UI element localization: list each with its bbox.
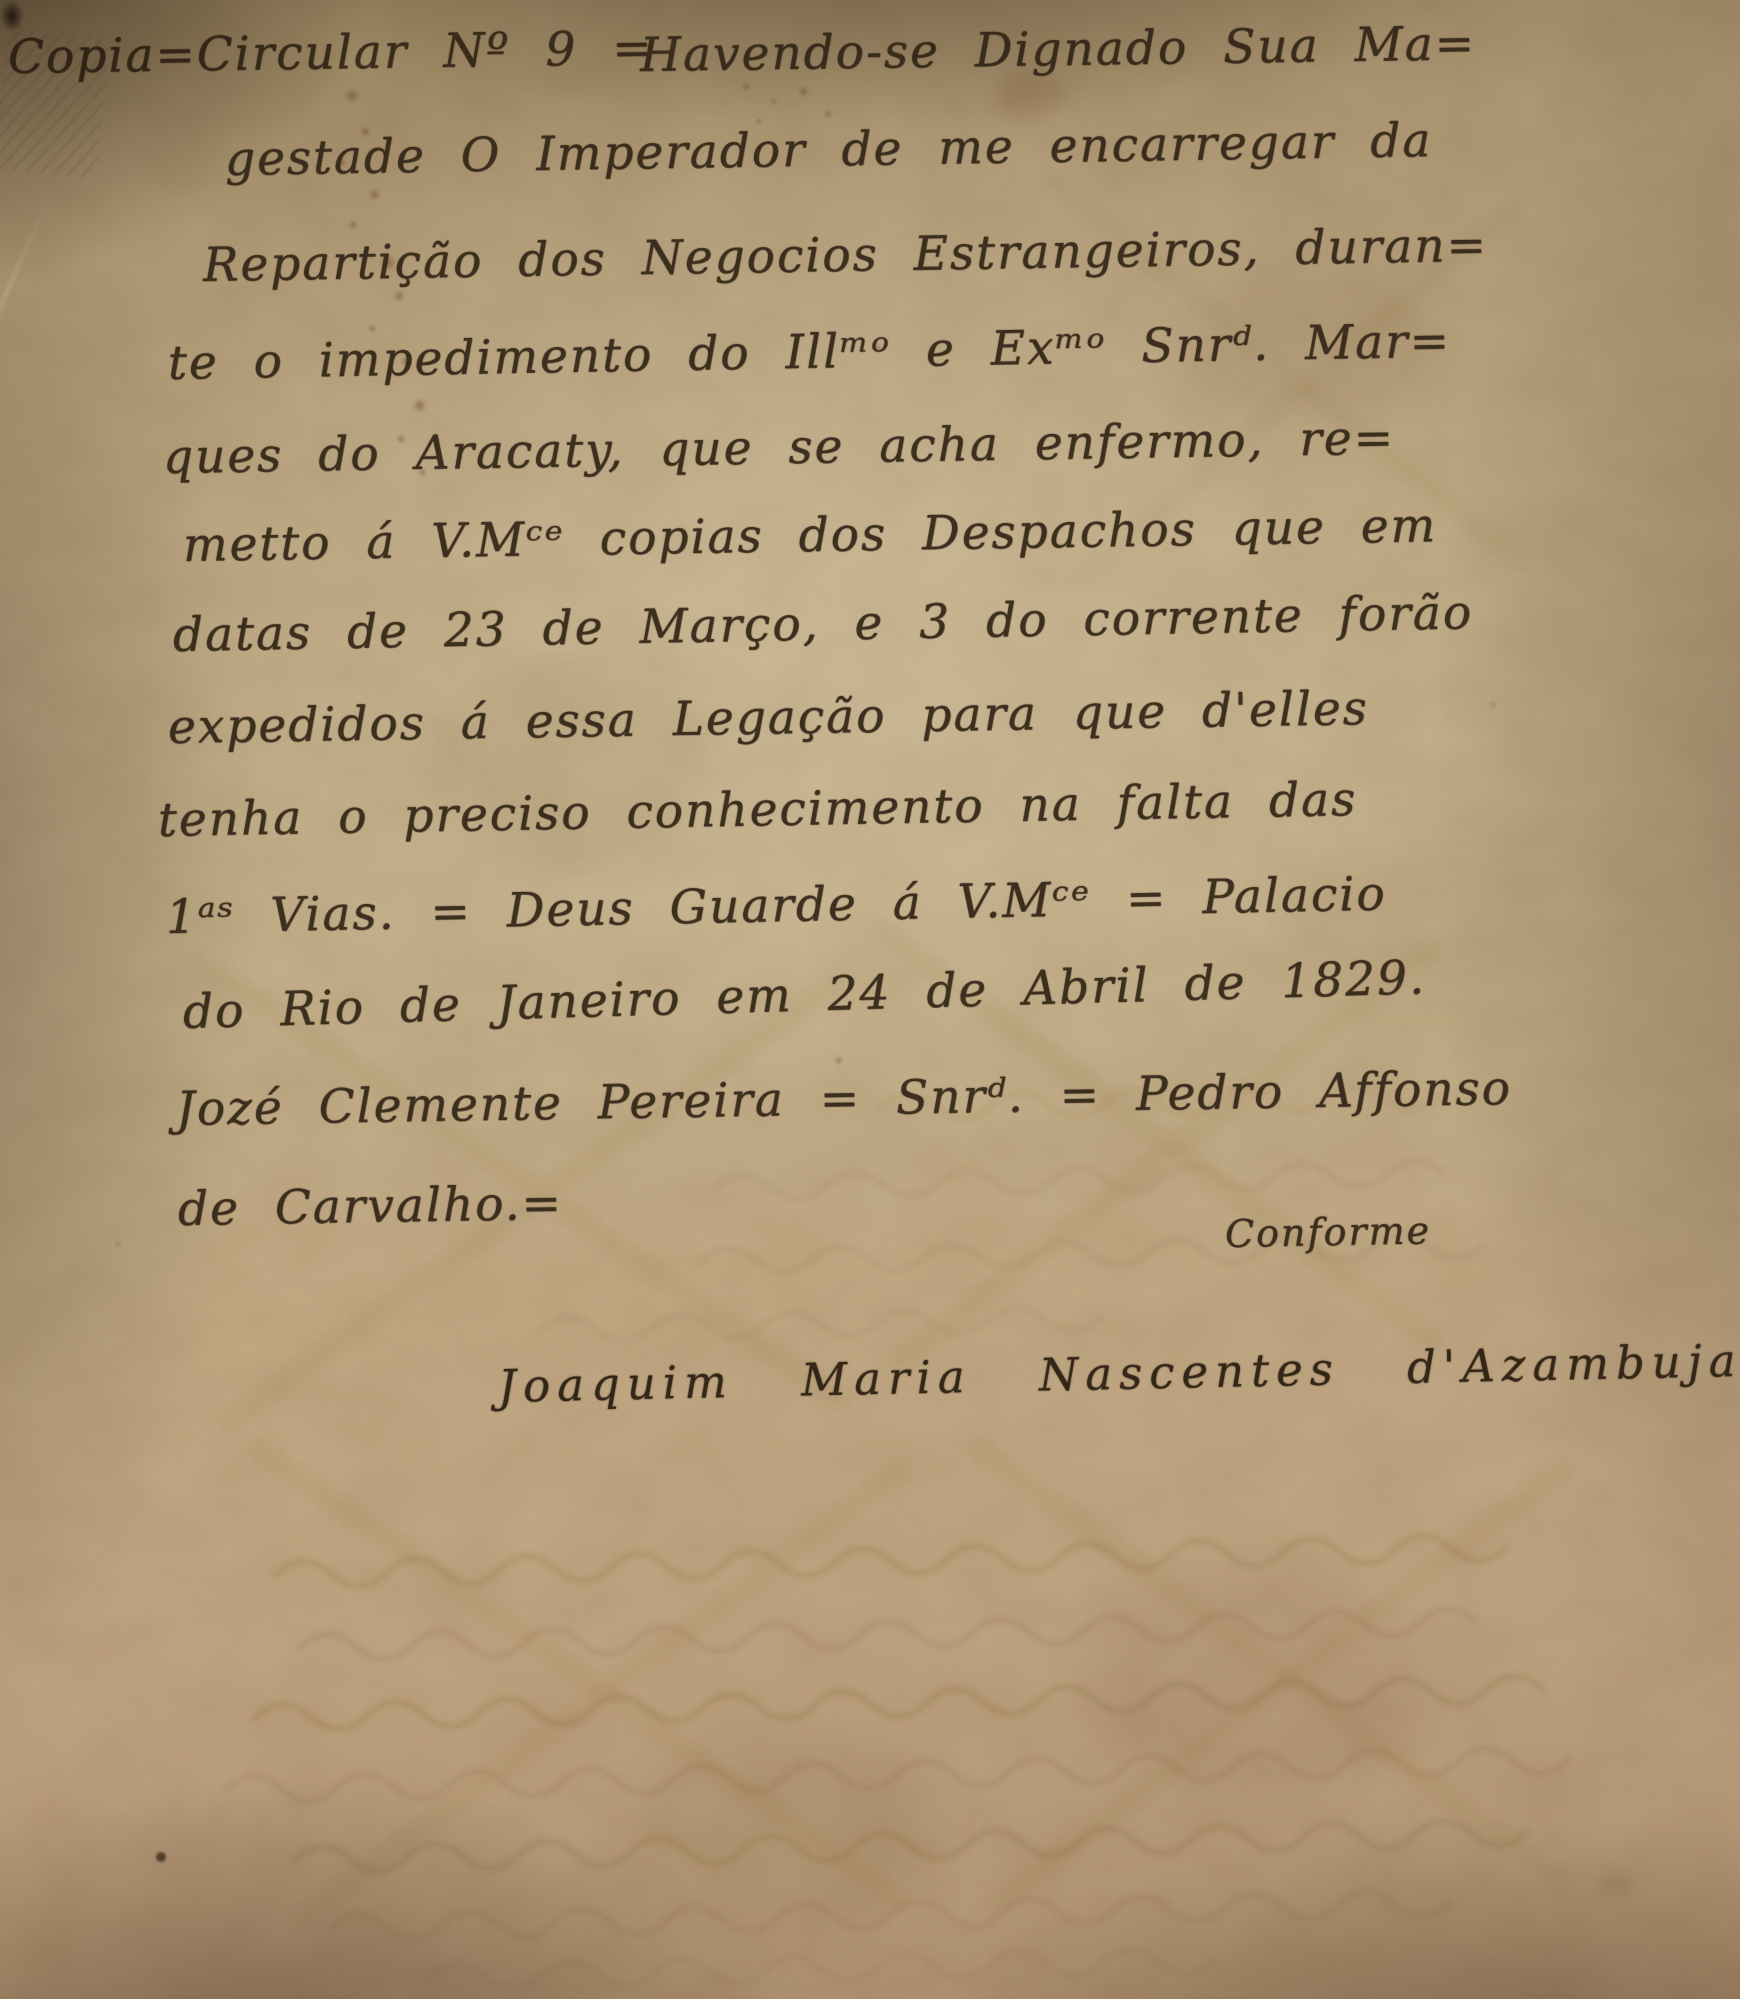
letter-body: Copia=Circular Nº 9 = Havendo-se Dignado… bbox=[0, 0, 1740, 1999]
stain-spot bbox=[368, 324, 377, 333]
age-blotch bbox=[420, 660, 720, 870]
bleed-through-writing bbox=[0, 0, 1740, 1999]
manuscript-line: ques do Aracaty, que se acha enfermo, re… bbox=[163, 411, 1396, 485]
stains-layer bbox=[0, 0, 1740, 1999]
manuscript-line: de Carvalho.= bbox=[178, 1176, 564, 1237]
stain-spot bbox=[418, 468, 427, 477]
stain-spot bbox=[1488, 700, 1498, 710]
manuscript-line: expedidos á essa Legação para que d'elle… bbox=[168, 681, 1370, 755]
manuscript-line: Jozé Clemente Pereira = Snrᵈ. = Pedro Af… bbox=[176, 1061, 1513, 1137]
stain-spot bbox=[368, 188, 381, 201]
stain-spot bbox=[348, 220, 358, 230]
ghost-text-lines bbox=[225, 1084, 1569, 1991]
vignette-shading bbox=[0, 0, 1740, 1999]
manuscript-line: te o impedimento do Illᵐᵒ e Exᵐᵒ Snrᵈ. M… bbox=[168, 314, 1452, 391]
stain-spot bbox=[584, 904, 590, 910]
stain-spot bbox=[770, 98, 777, 105]
stain-spot bbox=[742, 82, 751, 91]
age-blotch bbox=[640, 1720, 940, 1940]
stain-spot bbox=[338, 158, 347, 167]
stain-smudge bbox=[1598, 1872, 1634, 1898]
stain-spot bbox=[393, 290, 405, 302]
stain-spot bbox=[360, 126, 371, 137]
age-blotch bbox=[1080, 1560, 1420, 1800]
manuscript-line: Havendo-se Dignado Sua Ma= bbox=[640, 16, 1477, 83]
manuscript-page: Copia=Circular Nº 9 = Havendo-se Dignado… bbox=[0, 0, 1740, 1999]
stain-spot bbox=[874, 344, 882, 352]
manuscript-line: datas de 23 de Março, e 3 do corrente fo… bbox=[173, 585, 1474, 663]
stain-fleck bbox=[156, 1852, 166, 1862]
manuscript-line: 1ᵃˢ Vias. = Deus Guarde á V.Mᶜᵉ = Palaci… bbox=[165, 867, 1387, 945]
manuscript-line: tenha o preciso conhecimento na falta da… bbox=[158, 772, 1358, 848]
manuscript-line: metto á V.Mᶜᵉ copias dos Despachos que e… bbox=[183, 498, 1438, 573]
stain-spot bbox=[412, 398, 427, 413]
ghost-crosshatch bbox=[200, 180, 1560, 1920]
stain-spot bbox=[756, 118, 762, 124]
paper-crease bbox=[0, 185, 56, 424]
stain-spot bbox=[380, 254, 397, 271]
stain-spot bbox=[834, 1056, 843, 1065]
stain-spot bbox=[798, 86, 809, 97]
signature-azambuja: Joaquim Maria Nascentes d'Azambuja bbox=[497, 1334, 1740, 1413]
stain-spot bbox=[114, 1240, 122, 1248]
manuscript-line: do Rio de Janeiro em 24 de Abril de 1829… bbox=[182, 950, 1426, 1040]
age-blotch bbox=[1300, 820, 1560, 1000]
manuscript-line-copy-header: Copia=Circular Nº 9 = bbox=[8, 21, 654, 85]
stain-smudge bbox=[995, 70, 1065, 120]
ink-blot bbox=[0, 0, 24, 32]
stain-spot bbox=[824, 110, 832, 118]
paper-grain-texture bbox=[0, 0, 1740, 1999]
stain-spot bbox=[400, 356, 411, 367]
attestation-conforme: Conforme bbox=[1225, 1208, 1432, 1256]
manuscript-line: gestade O Imperador de me encarregar da bbox=[225, 113, 1433, 187]
stain-spot bbox=[396, 434, 406, 444]
age-blotch bbox=[1180, 260, 1440, 430]
pencil-scribble bbox=[0, 27, 111, 179]
manuscript-line: Repartição dos Negocios Estrangeiros, du… bbox=[203, 218, 1489, 293]
stain-spot bbox=[344, 88, 360, 104]
